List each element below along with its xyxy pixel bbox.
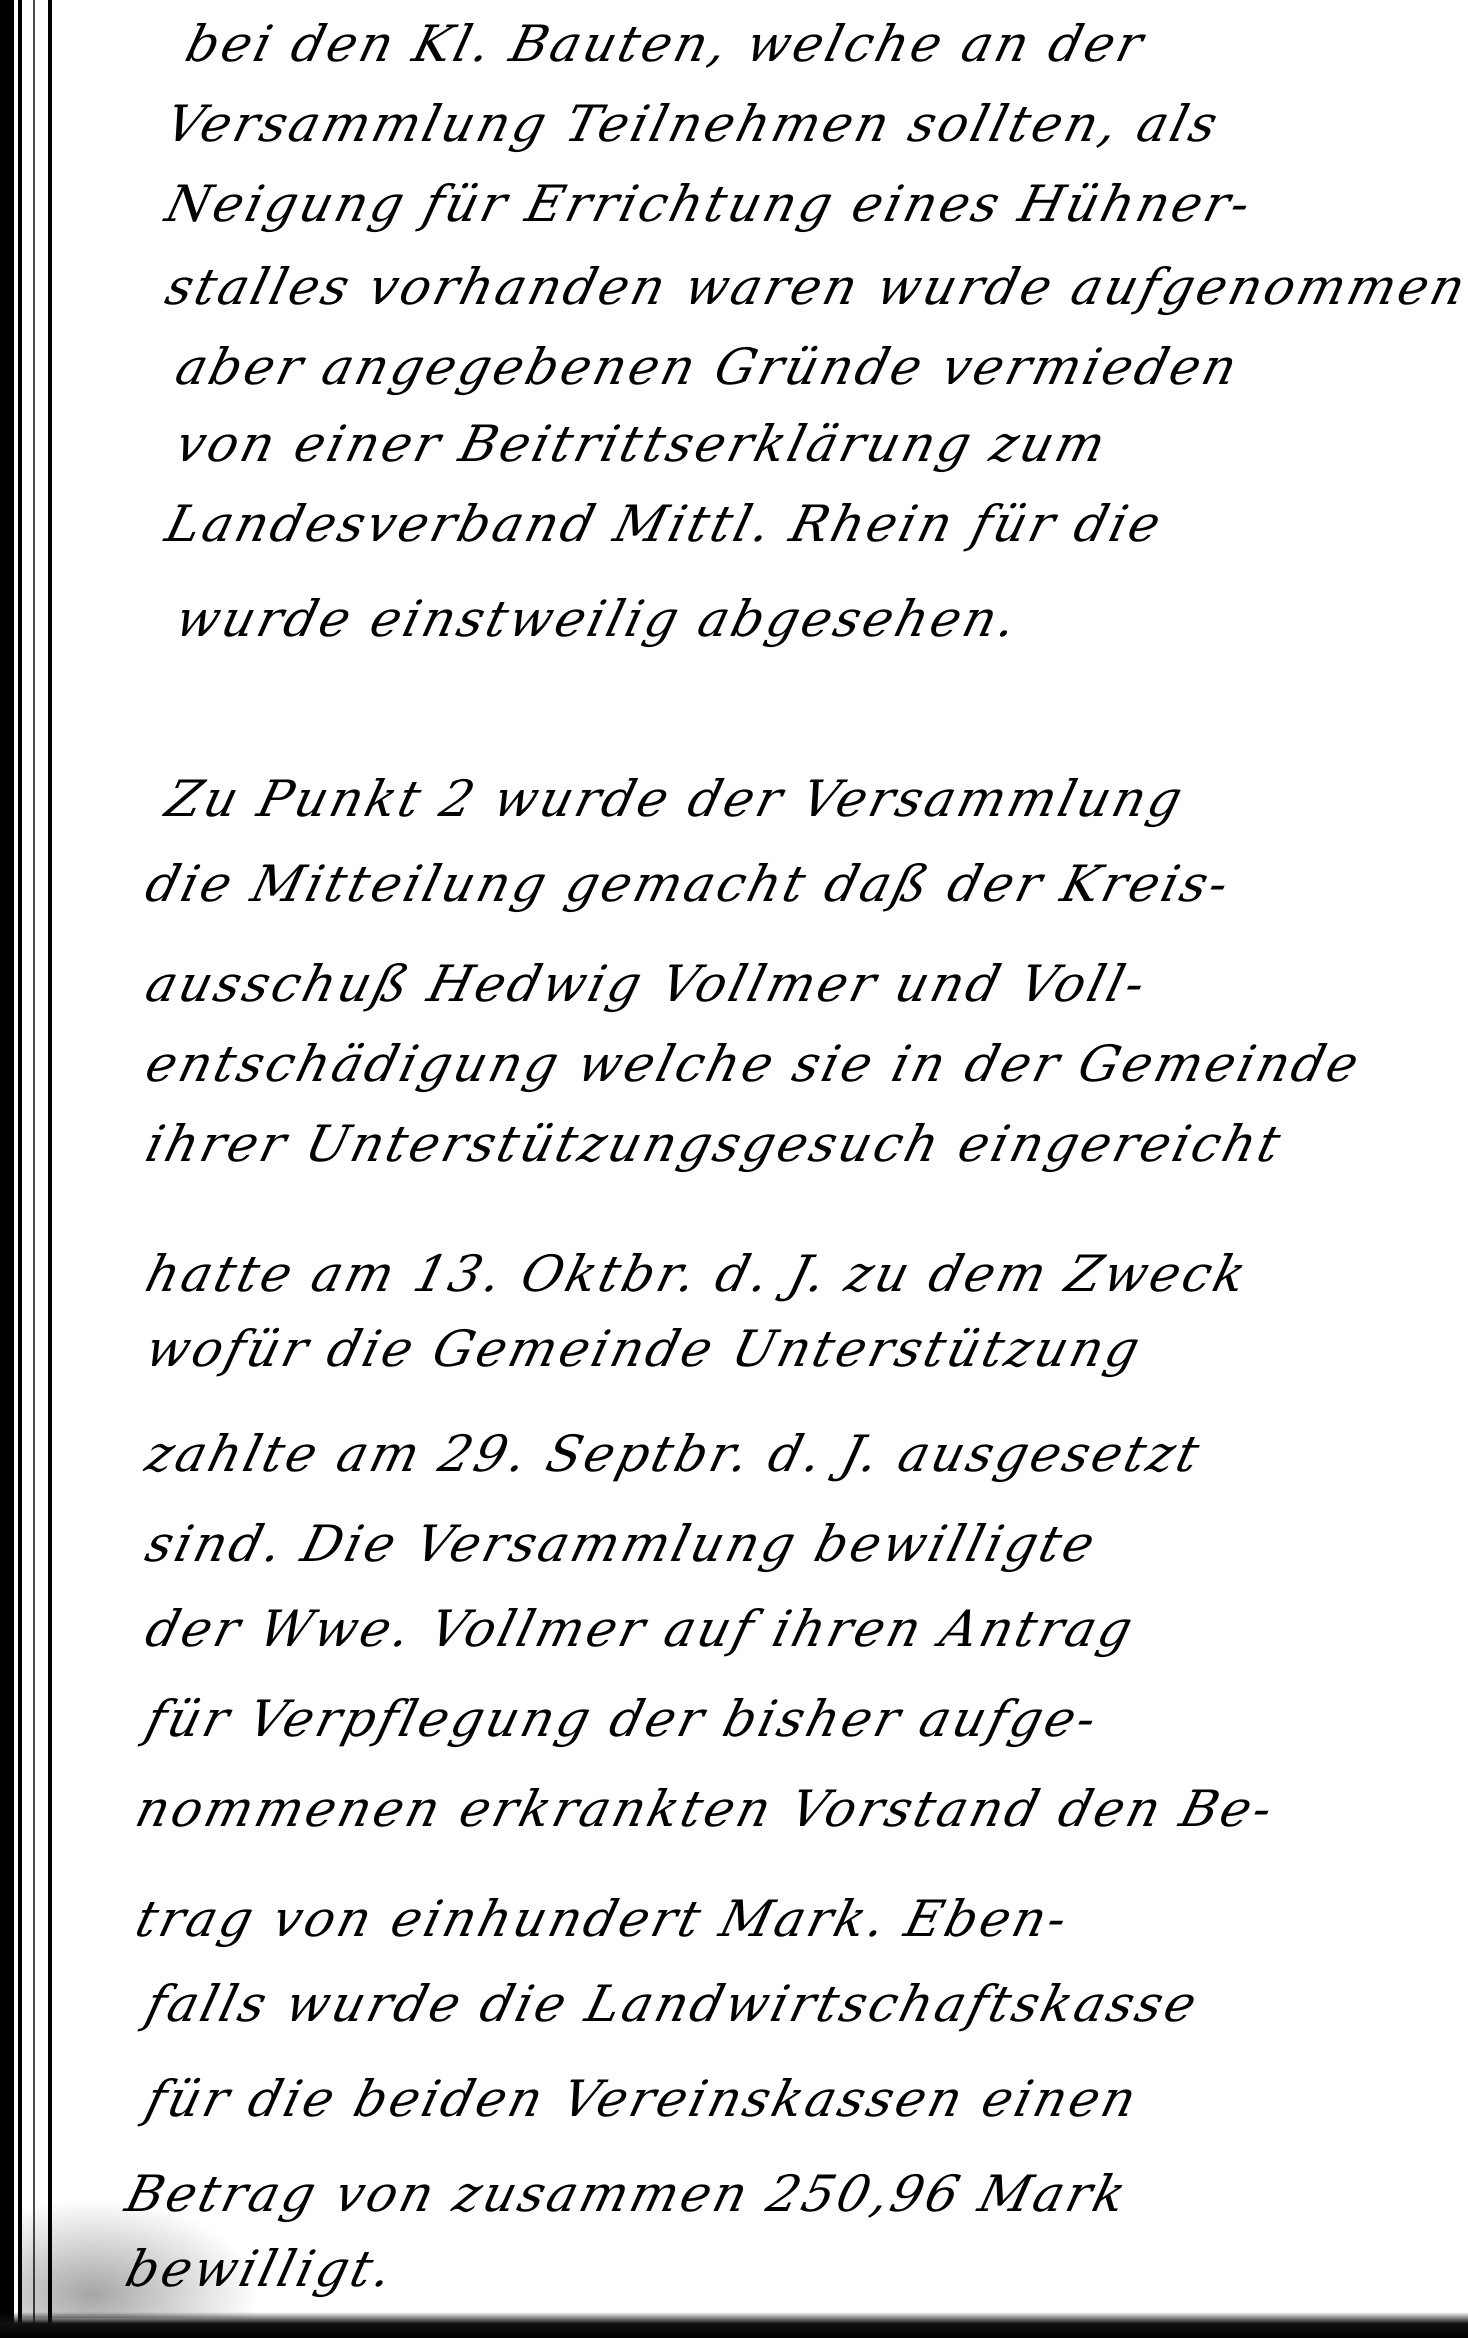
- text-line-17: sind. Die Versammlung bewilligte: [140, 1515, 1103, 1573]
- paper-stain: [20, 2198, 260, 2318]
- text-line-9: Zu Punkt 2 wurde der Versammlung: [160, 770, 1191, 828]
- text-line-5: aber angegebenen Gründe vermieden: [170, 338, 1246, 396]
- text-line-21: trag von einhundert Mark. Eben-: [130, 1890, 1076, 1948]
- text-line-20: nommenen erkrankten Vorstand den Be-: [130, 1780, 1281, 1838]
- binding-rule-1: [18, 0, 22, 2338]
- text-line-3: Neigung für Errichtung eines Hühner-: [160, 175, 1259, 233]
- page-bottom-edge: [0, 2312, 1468, 2338]
- text-line-10: die Mitteilung gemacht daß der Kreis-: [140, 855, 1237, 913]
- text-line-13: ihrer Unterstützungsgesuch eingereicht: [140, 1115, 1289, 1173]
- text-line-4: stalles vorhanden waren wurde aufgenomme…: [160, 258, 1468, 316]
- text-line-24: Betrag von zusammen 250,96 Mark: [120, 2165, 1135, 2223]
- text-line-18: der Wwe. Vollmer auf ihren Antrag: [140, 1600, 1141, 1658]
- binding-rule-3: [48, 0, 52, 2338]
- text-line-16: zahlte am 29. Septbr. d. J. ausgesetzt: [140, 1425, 1208, 1483]
- text-line-8: wurde einstweilig abgesehen.: [170, 590, 1025, 648]
- text-line-1: bei den Kl. Bauten, welche an der: [180, 15, 1152, 73]
- text-line-19: für Verpflegung der bisher aufge-: [140, 1690, 1105, 1748]
- text-line-22: falls wurde die Landwirtschaftskasse: [140, 1975, 1205, 2033]
- text-line-6: von einer Beitrittserklärung zum: [170, 415, 1114, 473]
- text-line-7: Landesverband Mittl. Rhein für die: [160, 495, 1169, 553]
- manuscript-page: bei den Kl. Bauten, welche an der Versam…: [140, 0, 1460, 2310]
- text-line-11: ausschuß Hedwig Vollmer und Voll-: [140, 955, 1154, 1013]
- text-line-2: Versammlung Teilnehmen sollten, als: [160, 95, 1226, 153]
- page-binding-edge: [0, 0, 14, 2338]
- binding-rule-2: [33, 0, 35, 2338]
- text-line-23: für die beiden Vereinskassen einen: [140, 2070, 1145, 2128]
- text-line-14: hatte am 13. Oktbr. d. J. zu dem Zweck: [140, 1245, 1255, 1303]
- text-line-12: entschädigung welche sie in der Gemeinde: [140, 1035, 1367, 1093]
- text-line-15: wofür die Gemeinde Unterstützung: [140, 1320, 1148, 1378]
